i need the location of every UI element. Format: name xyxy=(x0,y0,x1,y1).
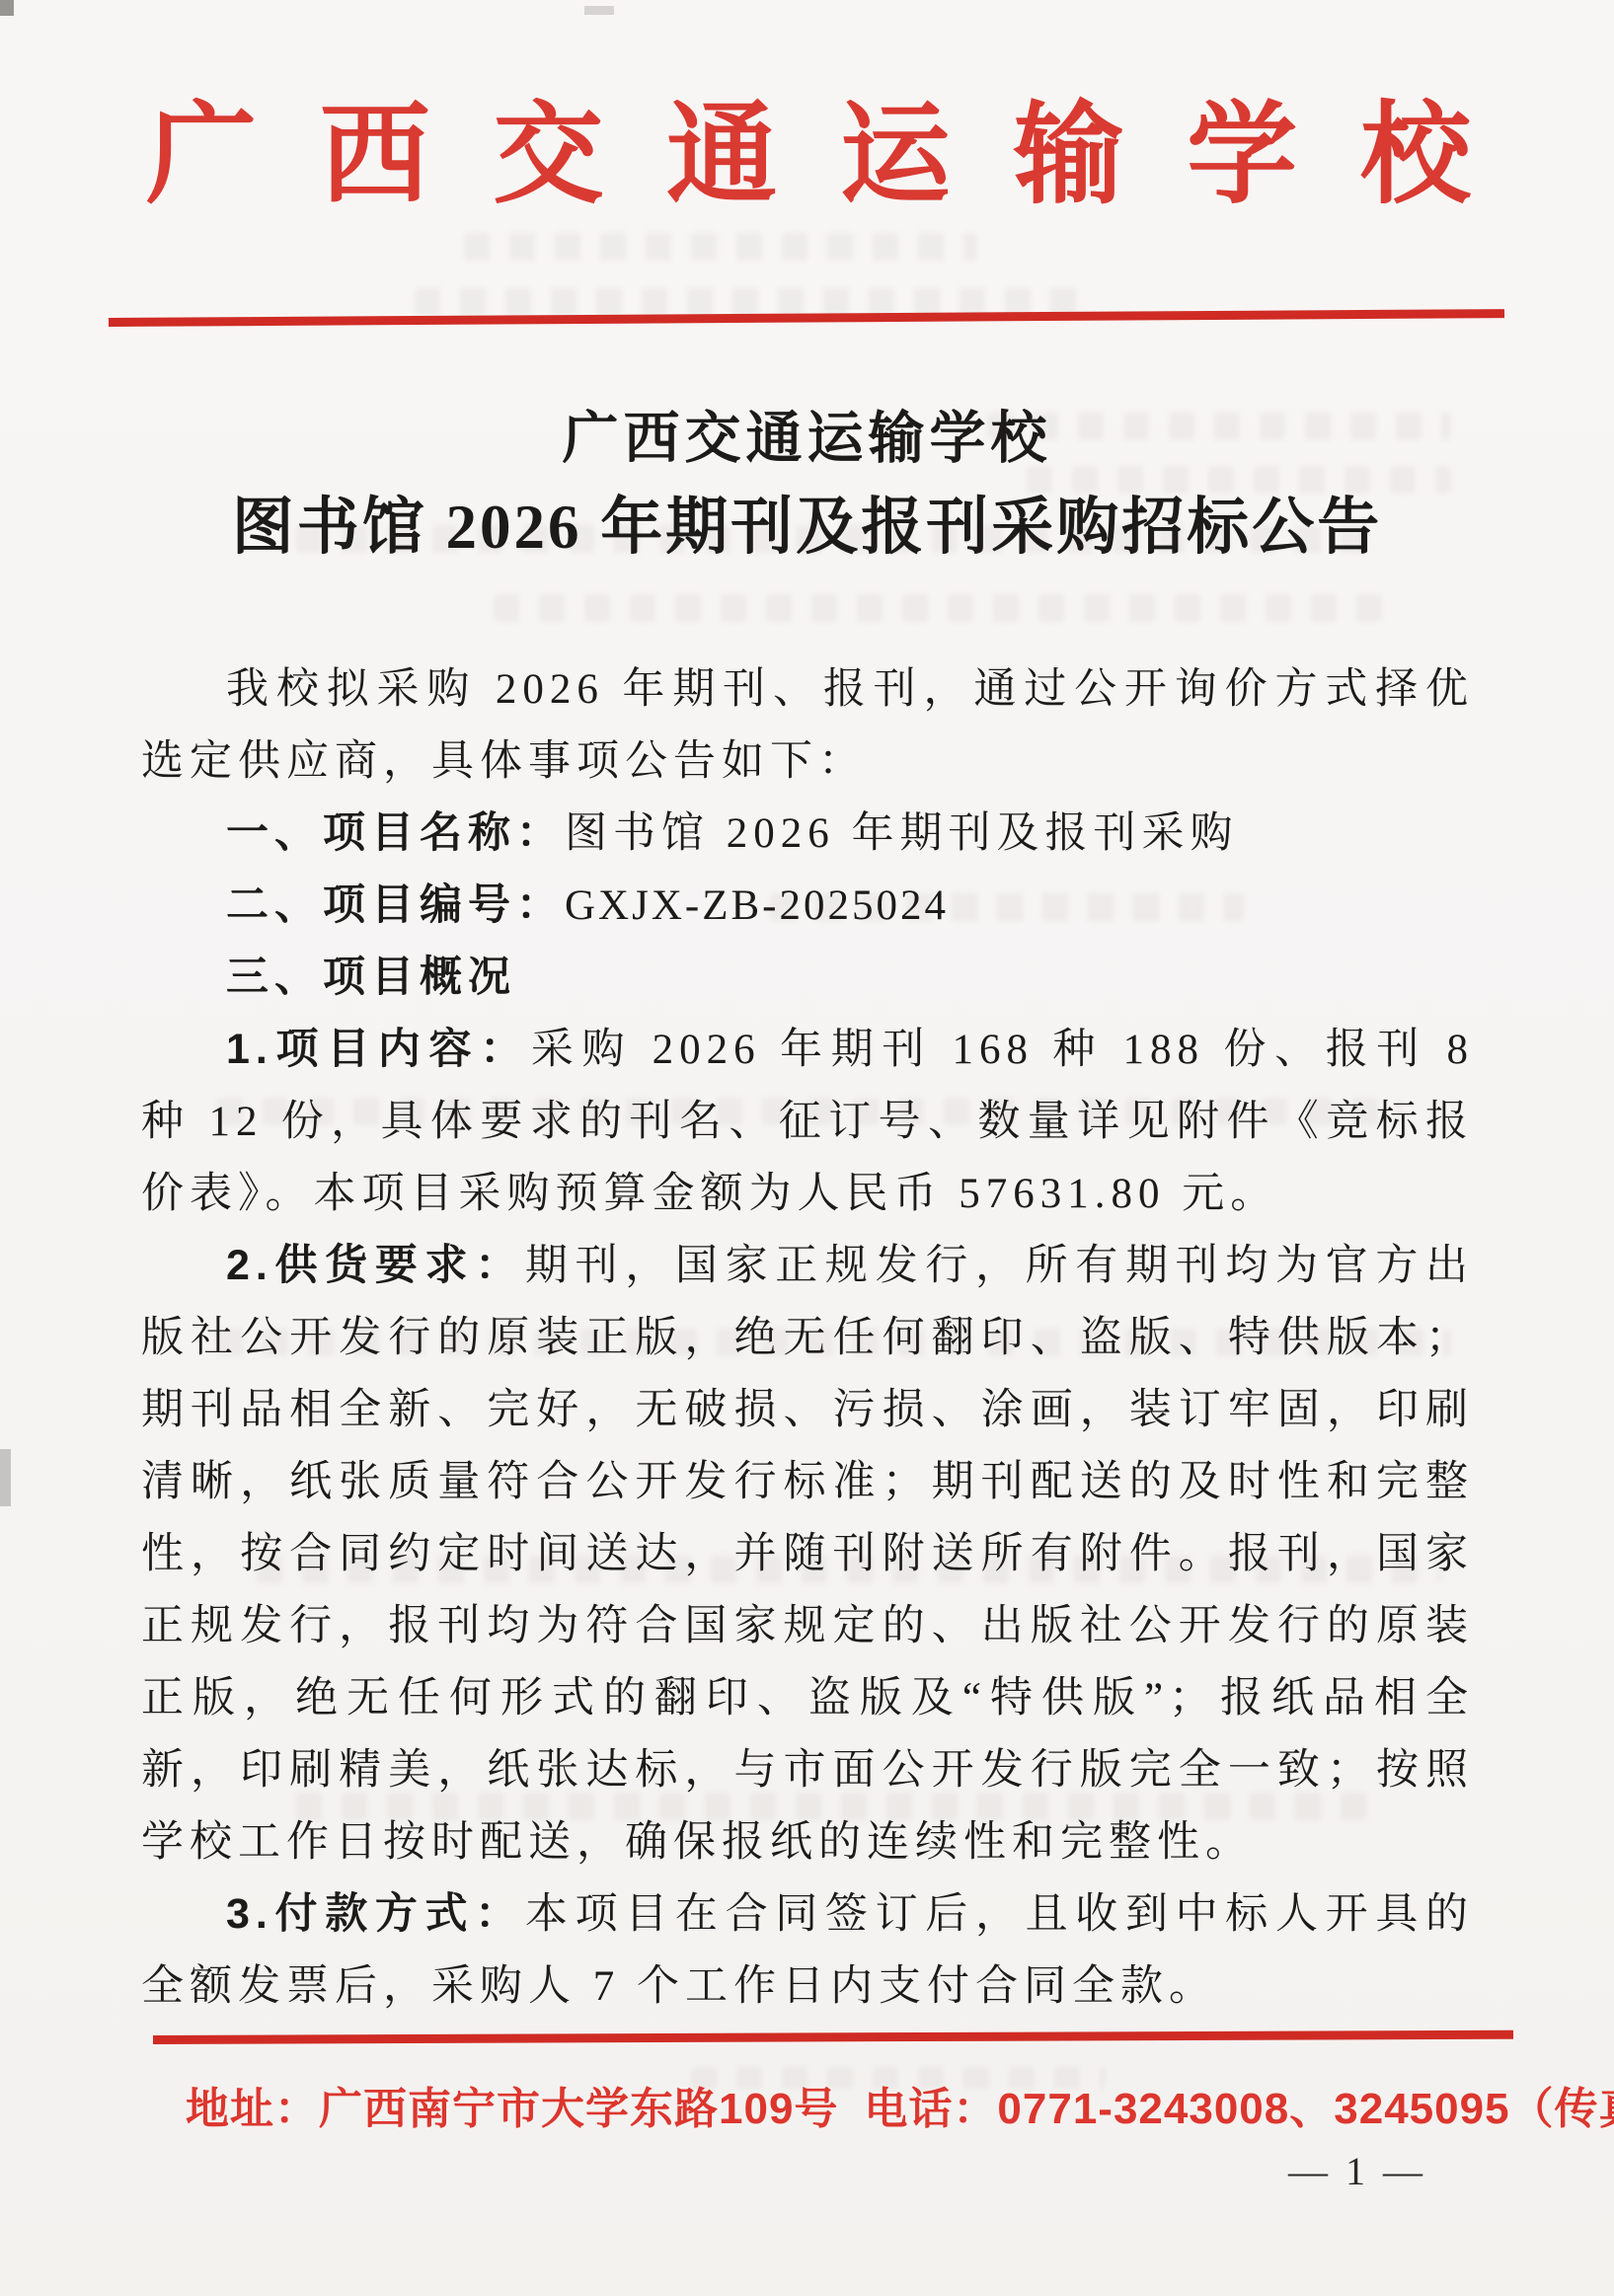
item-project-overview-label: 三、项目概况 xyxy=(226,954,516,1001)
subitem-supply-requirements-text: 期刊，国家正规发行，所有期刊均为官方出版社公开发行的原装正版，绝无任何翻印、盗版… xyxy=(141,1243,1474,1866)
item-project-name-value: 图书馆 2026 年期刊及报刊采购 xyxy=(565,810,1239,857)
item-project-name-label: 一、项目名称： xyxy=(226,809,565,857)
footer-phone: 0771-3243008、3245095（传真） xyxy=(997,2085,1614,2133)
footer-address: 广西南宁市大学东路109号 xyxy=(319,2085,838,2133)
item-project-number-label: 二、项目编号： xyxy=(226,881,565,929)
document-title-line1: 广西交通运输学校 xyxy=(0,393,1614,474)
subitem-supply-requirements: 2.供货要求：期刊，国家正规发行，所有期刊均为官方出版社公开发行的原装正版，绝无… xyxy=(141,1230,1474,1878)
bleedthrough-artifact xyxy=(494,594,1382,622)
subitem-project-content-label: 1.项目内容： xyxy=(226,1026,531,1073)
footer-phone-label: 电话： xyxy=(864,2085,997,2133)
scan-speck xyxy=(0,1449,11,1506)
letterhead-divider-line xyxy=(109,309,1504,327)
document-page: 广西交通运输学校 广西交通运输学校 图书馆 2026 年期刊及报刊采购招标公告 … xyxy=(0,0,1614,2296)
subitem-payment-method: 3.付款方式：本项目在合同签订后，且收到中标人开具的全额发票后，采购人 7 个工… xyxy=(141,1878,1474,2023)
footer-address-label: 地址： xyxy=(186,2085,319,2133)
bleedthrough-artifact xyxy=(464,233,977,261)
subitem-project-content: 1.项目内容：采购 2026 年期刊 168 种 188 份、报刊 8 种 12… xyxy=(141,1014,1474,1230)
subitem-payment-method-label: 3.付款方式： xyxy=(226,1890,525,1938)
item-project-number: 二、项目编号：GXJX-ZB-2025024 xyxy=(141,870,1474,942)
document-body: 我校拟采购 2026 年期刊、报刊，通过公开询价方式择优选定供应商，具体事项公告… xyxy=(141,653,1474,2023)
footer-divider-line xyxy=(153,2030,1513,2044)
page-number: — 1 — xyxy=(1268,2148,1446,2194)
item-project-name: 一、项目名称：图书馆 2026 年期刊及报刊采购 xyxy=(141,798,1474,870)
item-project-number-value: GXJX-ZB-2025024 xyxy=(565,882,949,929)
scan-speck xyxy=(584,6,614,15)
subitem-supply-requirements-label: 2.供货要求： xyxy=(226,1242,525,1289)
intro-paragraph: 我校拟采购 2026 年期刊、报刊，通过公开询价方式择优选定供应商，具体事项公告… xyxy=(141,653,1474,798)
footer-contact-line: 地址：广西南宁市大学东路109号电话：0771-3243008、3245095（… xyxy=(186,2081,1528,2138)
item-project-overview: 三、项目概况 xyxy=(141,942,1474,1014)
letterhead-school-name: 广西交通运输学校 xyxy=(146,87,1471,225)
document-title-line2: 图书馆 2026 年期刊及报刊采购招标公告 xyxy=(0,477,1614,567)
scan-speck xyxy=(0,0,14,16)
